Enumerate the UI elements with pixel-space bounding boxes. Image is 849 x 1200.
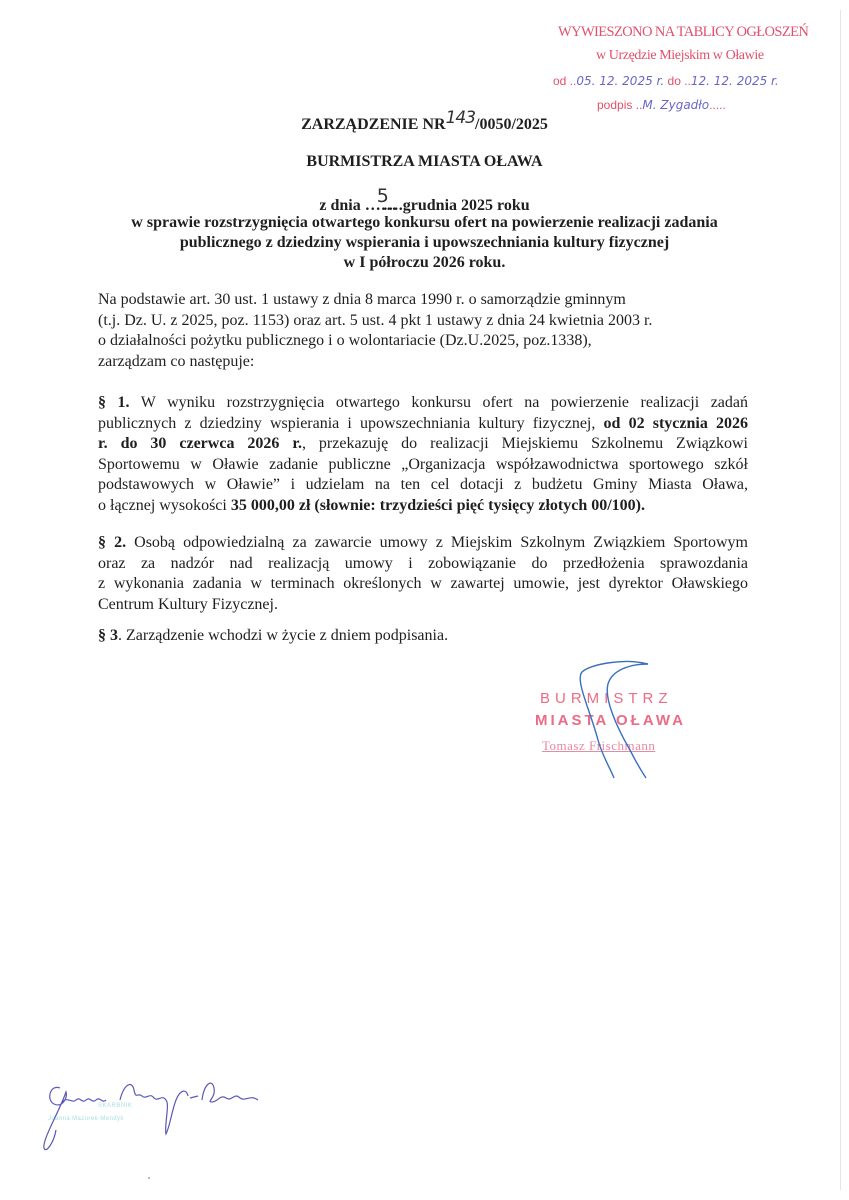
section-text: podstawowych w Oławie” i udzielam na ten… [98, 475, 748, 496]
mayor-signature-icon [530, 650, 730, 780]
section-text: W wyniku rozstrzygnięcia otwartego konku… [130, 394, 748, 411]
handwritten-day: 5 [377, 185, 389, 207]
section-text: . Zarządzenie wchodzi w życie z dniem po… [118, 627, 448, 644]
legal-basis-line: Na podstawie art. 30 ust. 1 ustawy z dni… [98, 290, 748, 311]
sign-value: M. Zygadło [642, 98, 709, 112]
document-subject: w sprawie rozstrzygnięcia otwartego konk… [0, 213, 849, 273]
scan-edge-line [840, 10, 841, 1190]
from-date: 05. 12. 2025 r. [576, 74, 664, 88]
section-mark: § 1. [98, 394, 130, 411]
section-1: § 1. W wyniku rozstrzygnięcia otwartego … [98, 393, 748, 516]
scan-artifact [148, 1177, 150, 1179]
subject-line: publicznego z dziedziny wspierania i upo… [0, 233, 849, 253]
handwritten-number: 143 [446, 108, 475, 128]
to-date: 12. 12. 2025 r. [691, 74, 779, 88]
legal-basis-line: zarządzam co następuje: [98, 352, 748, 373]
section-text: , przekazuję do realizacji Miejskiemu Sz… [302, 435, 748, 452]
section-3: § 3. Zarządzenie wchodzi w życie z dniem… [98, 626, 748, 647]
sign-label: podpis [597, 98, 632, 112]
document-title: ZARZĄDZENIE NR143/0050/2025 [0, 114, 849, 134]
section-text: oraz za nadzór nad realizacją umowy i zo… [98, 554, 748, 575]
from-label: od [553, 74, 566, 88]
section-text: Osobą odpowiedzialną za zawarcie umowy z… [126, 534, 748, 551]
posting-stamp-office: w Urzędzie Miejskim w Oławie [596, 48, 764, 64]
mayor-stamp: BURMISTRZ MIASTA OŁAWA Tomasz Frischmann [530, 650, 730, 770]
subject-line: w sprawie rozstrzygnięcia otwartego konk… [0, 213, 849, 233]
counter-signature: SKARBNIK Joanna Mazurek-Mendyk [20, 1070, 280, 1180]
document-date: z dnia ……5….grudnia 2025 roku [0, 193, 849, 215]
title-suffix: /0050/2025 [475, 116, 548, 133]
section-text: z wykonania zadania w terminach określon… [98, 574, 748, 595]
title-prefix: ZARZĄDZENIE NR [301, 116, 445, 133]
section-text: publicznych z dziedziny wspierania i upo… [98, 415, 604, 432]
section-2: § 2. Osobą odpowiedzialną za zawarcie um… [98, 533, 748, 615]
legal-basis-line: (t.j. Dz. U. z 2025, poz. 1153) oraz art… [98, 311, 748, 332]
section-mark: § 2. [98, 534, 126, 551]
legal-basis: Na podstawie art. 30 ust. 1 ustawy z dni… [98, 290, 748, 372]
to-label: do [668, 74, 681, 88]
period-end: r. do 30 czerwca 2026 r. [98, 435, 302, 452]
section-text: Sportowemu w Oławie zadanie publiczne „O… [98, 455, 748, 476]
grant-amount: 35 000,00 zł (słownie: trzydzieści pięć … [231, 497, 645, 514]
posting-stamp-dates: od ..05. 12. 2025 r. do ..12. 12. 2025 r… [553, 74, 779, 88]
subject-line: w I półroczu 2026 roku. [0, 253, 849, 273]
handwritten-signature-icon [20, 1070, 280, 1180]
posting-stamp-title: WYWIESZONO NA TABLICY OGŁOSZEŃ [558, 24, 808, 41]
section-text: Centrum Kultury Fizycznej. [98, 595, 748, 616]
section-text: o łącznej wysokości [98, 497, 231, 514]
date-suffix: ….grudnia 2025 roku [383, 197, 530, 214]
period-start: od 02 stycznia 2026 [604, 415, 748, 432]
section-mark: § 3 [98, 627, 118, 644]
legal-basis-line: o działalności pożytku publicznego i o w… [98, 331, 748, 352]
posting-stamp-signature: podpis ..M. Zygadło..... [597, 98, 726, 112]
issuer-heading: BURMISTRZA MIASTA OŁAWA [0, 153, 849, 171]
